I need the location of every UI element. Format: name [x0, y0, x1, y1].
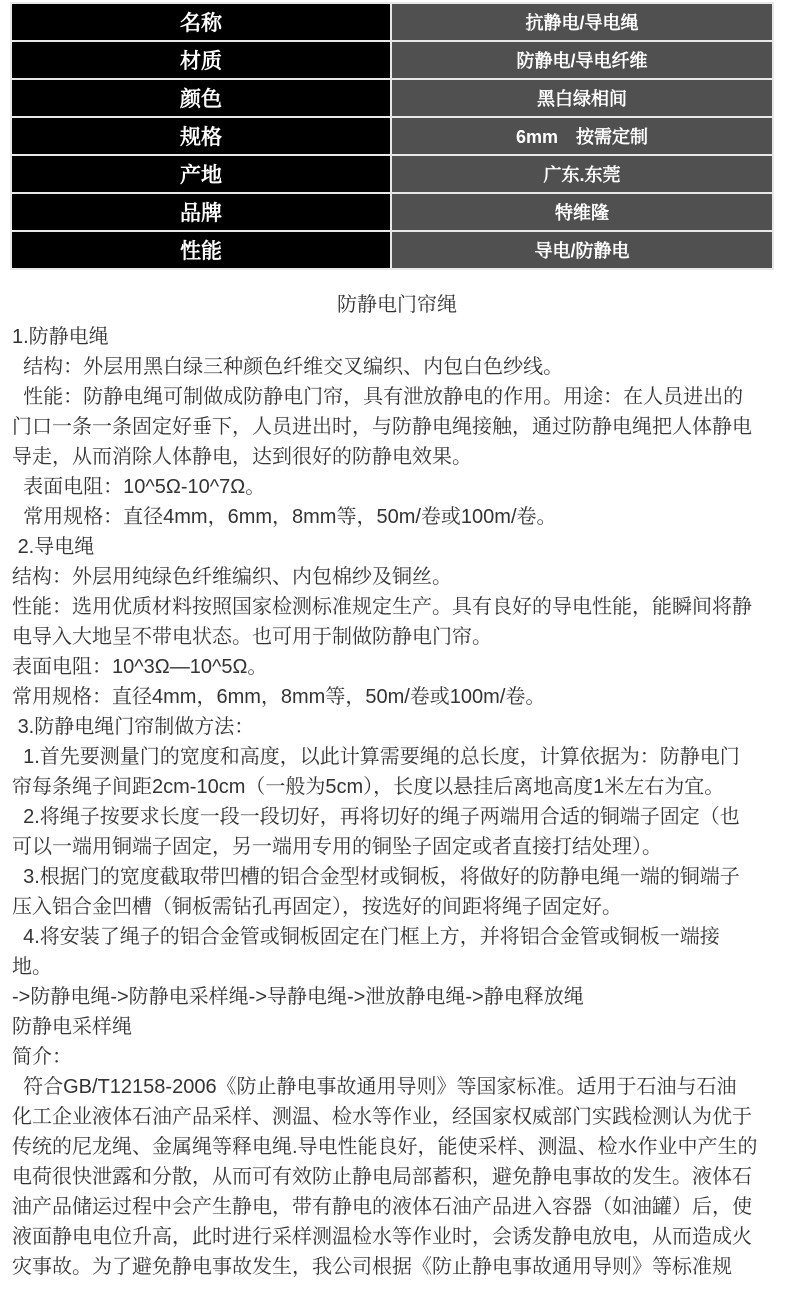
spec-row-origin: 产地 广东.东莞	[12, 156, 772, 192]
spec-row-specification: 规格 6mm 按需定制	[12, 118, 772, 154]
spec-row-name: 名称 抗静电/导电绳	[12, 4, 772, 40]
article-body: 1.防静电绳 结构：外层用黑白绿三种颜色纤维交叉编织、内包白色纱线。 性能：防静…	[12, 322, 782, 1282]
spec-value-performance: 导电/防静电	[392, 232, 772, 268]
spec-row-color: 颜色 黑白绿相间	[12, 80, 772, 116]
spec-label-origin: 产地	[12, 156, 390, 192]
spec-value-specification: 6mm 按需定制	[392, 118, 772, 154]
spec-label-specification: 规格	[12, 118, 390, 154]
spec-row-brand: 品牌 特维隆	[12, 194, 772, 230]
spec-label-color: 颜色	[12, 80, 390, 116]
spec-label-brand: 品牌	[12, 194, 390, 230]
article-title: 防静电门帘绳	[12, 290, 782, 320]
spec-value-material: 防静电/导电纤维	[392, 42, 772, 78]
spec-row-material: 材质 防静电/导电纤维	[12, 42, 772, 78]
spec-label-performance: 性能	[12, 232, 390, 268]
spec-row-performance: 性能 导电/防静电	[12, 232, 772, 268]
product-spec-table: 名称 抗静电/导电绳 材质 防静电/导电纤维 颜色 黑白绿相间 规格 6mm 按…	[10, 2, 774, 270]
product-detail-page: 名称 抗静电/导电绳 材质 防静电/导电纤维 颜色 黑白绿相间 规格 6mm 按…	[0, 0, 790, 1296]
spec-value-brand: 特维隆	[392, 194, 772, 230]
product-description-article: 防静电门帘绳 1.防静电绳 结构：外层用黑白绿三种颜色纤维交叉编织、内包白色纱线…	[0, 290, 790, 1296]
spec-label-material: 材质	[12, 42, 390, 78]
spec-label-name: 名称	[12, 4, 390, 40]
spec-value-origin: 广东.东莞	[392, 156, 772, 192]
spec-value-color: 黑白绿相间	[392, 80, 772, 116]
spec-value-name: 抗静电/导电绳	[392, 4, 772, 40]
